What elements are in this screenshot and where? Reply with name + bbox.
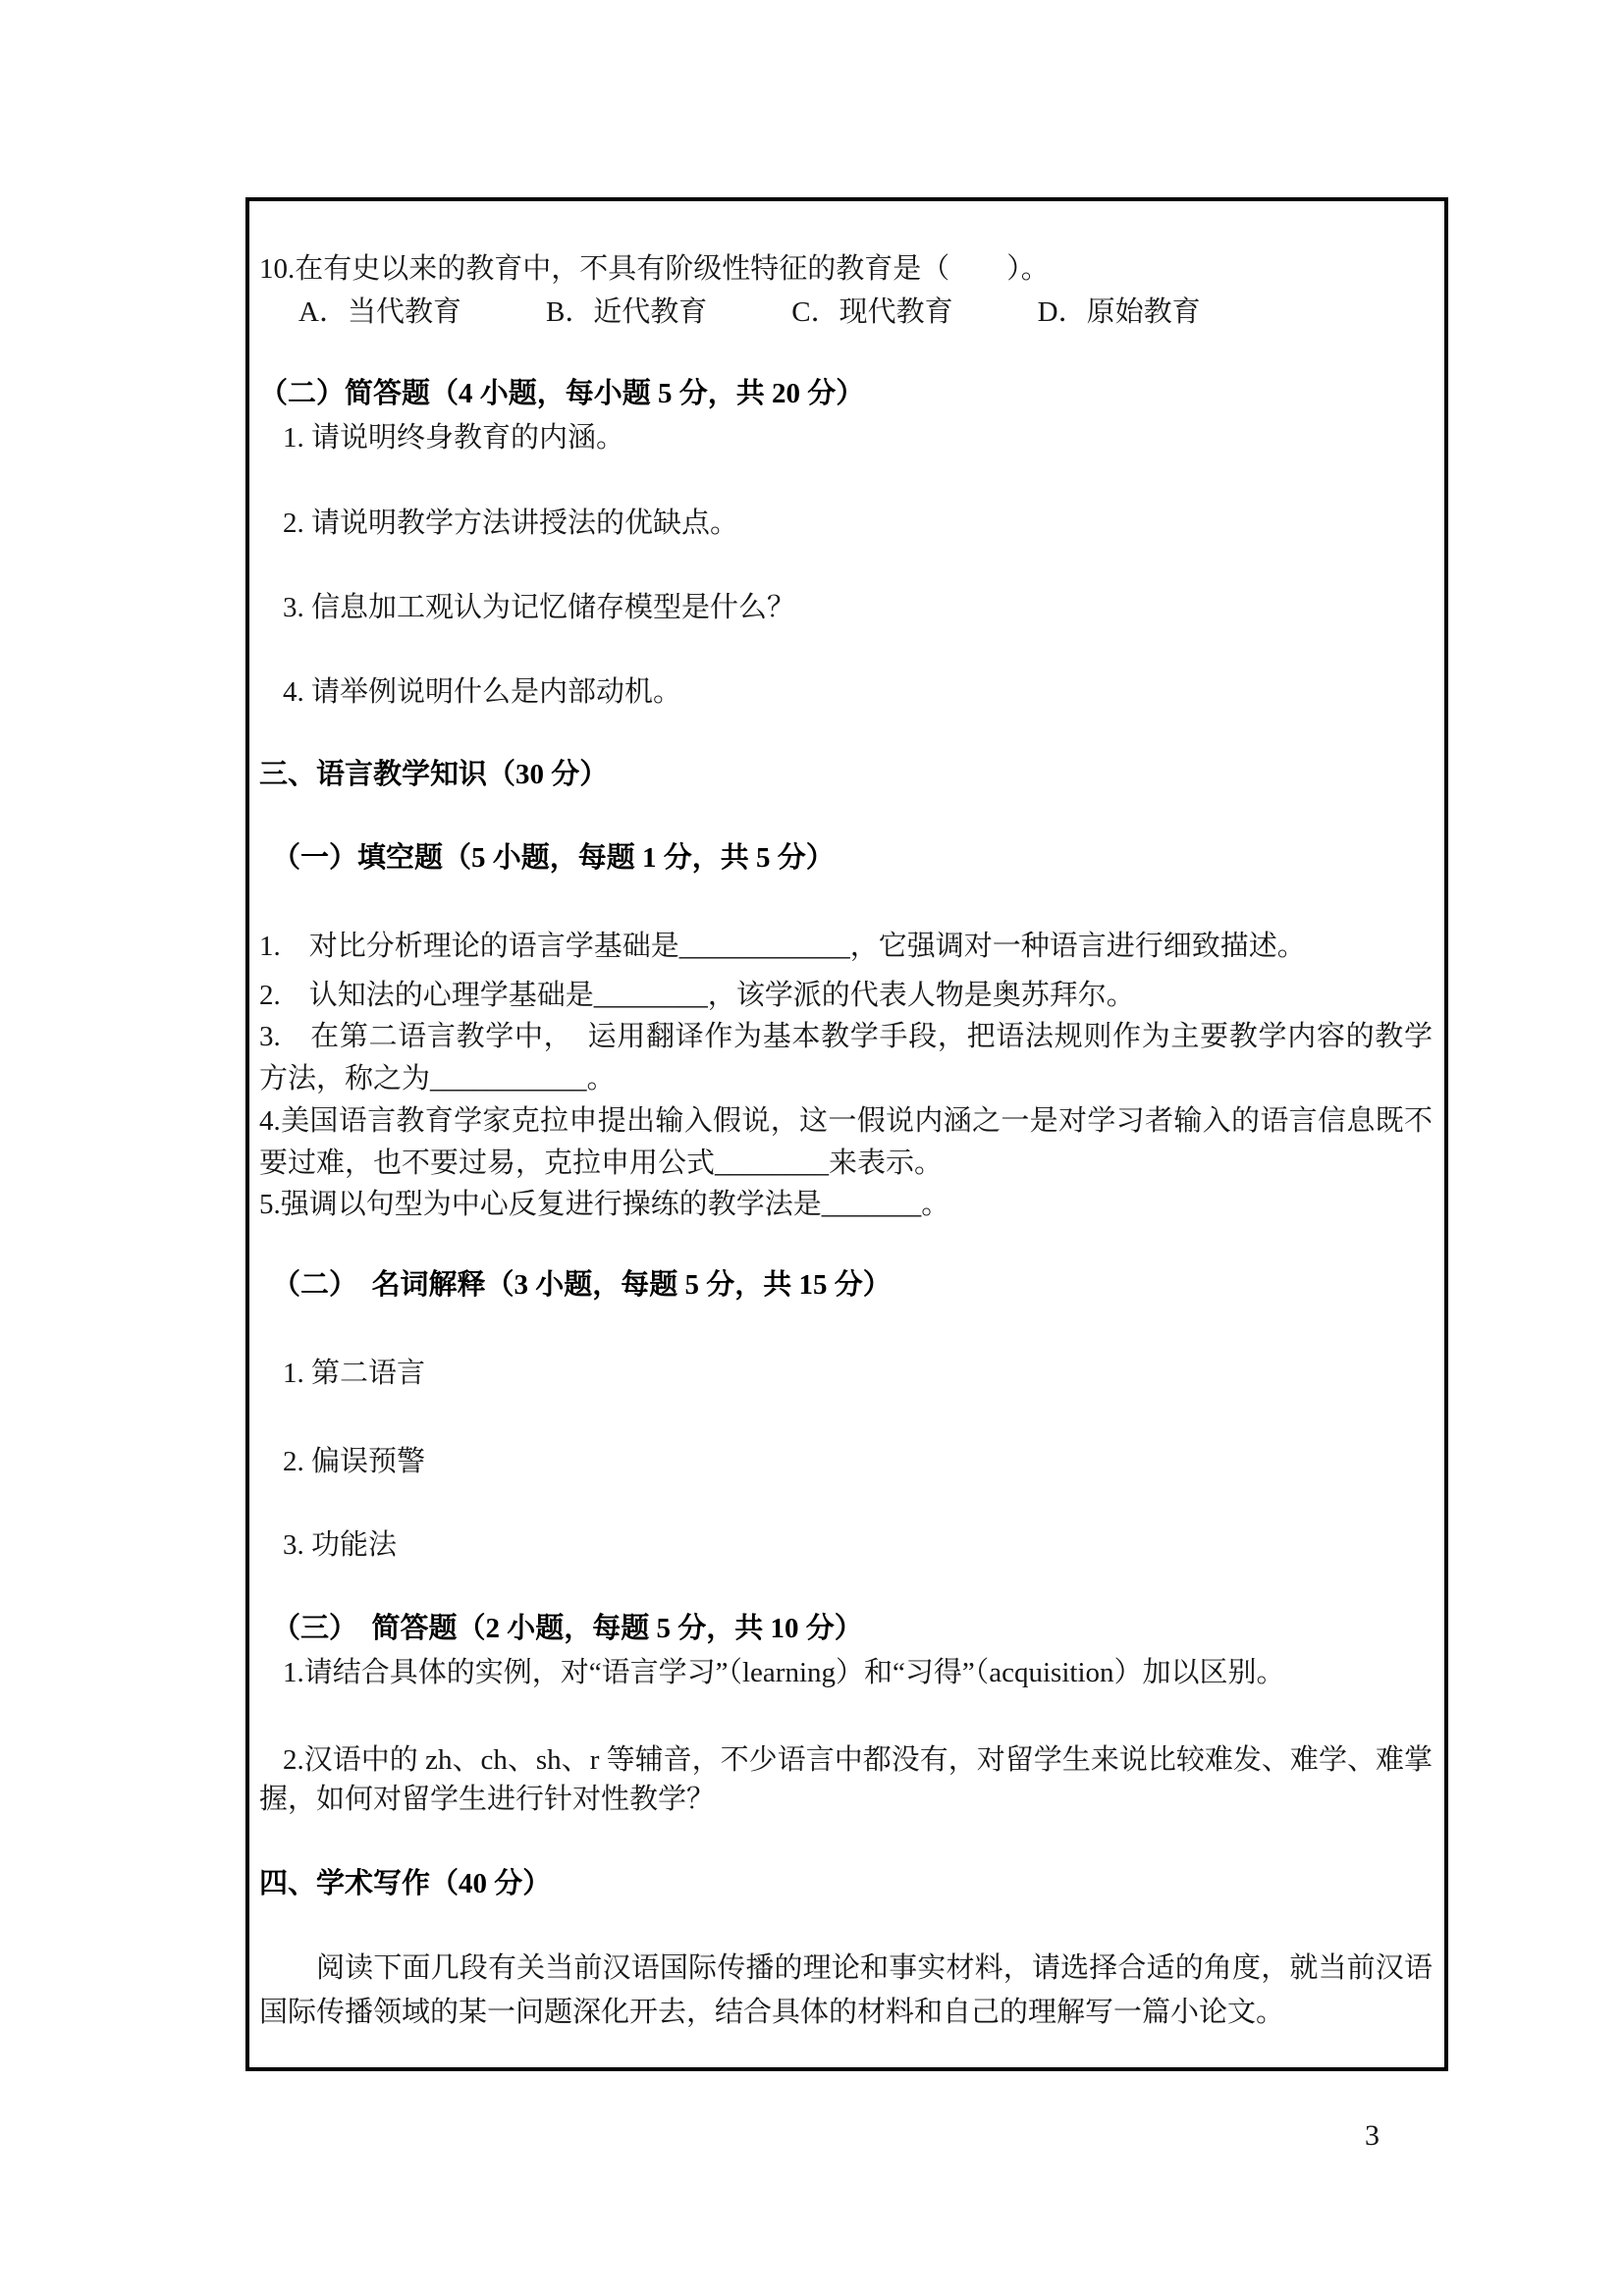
option-b: B．近代教育	[546, 292, 707, 334]
fill-in-item-1: 1. 对比分析理论的语言学基础是____________，它强调对一种语言进行细…	[259, 926, 1433, 968]
term-item-3: 3. 功能法	[259, 1524, 1433, 1567]
option-a: A．当代教育	[298, 292, 461, 334]
heading-terms: （二） 名词解释（3 小题，每题 5 分，共 15 分）	[259, 1264, 1433, 1307]
heading-lang-teaching: 三、语言教学知识（30 分）	[259, 754, 1433, 796]
fill-in-item-5: 5.强调以句型为中心反复进行操练的教学法是_______。	[259, 1184, 1433, 1226]
lang-short-answer-item-1: 1.请结合具体的实例，对“语言学习”（learning）和“习得”（acquis…	[259, 1652, 1433, 1694]
edu-short-answer-item-4: 4. 请举例说明什么是内部动机。	[259, 671, 1433, 714]
heading-academic-writing: 四、学术写作（40 分）	[259, 1863, 1433, 1905]
question-10: 10.在有史以来的教育中，不具有阶级性特征的教育是（ ）。	[259, 248, 1433, 291]
heading-lang-short-answer: （三） 简答题（2 小题，每题 5 分，共 10 分）	[259, 1608, 1433, 1650]
fill-in-item-2: 2. 认知法的心理学基础是________，该学派的代表人物是奥苏拜尔。	[259, 975, 1433, 1017]
term-item-2: 2. 偏误预警	[259, 1441, 1433, 1483]
fill-in-item-3: 3. 在第二语言教学中， 运用翻译作为基本教学手段，把语法规则作为主要教学内容的…	[259, 1016, 1433, 1100]
edu-short-answer-item-1: 1. 请说明终身教育的内涵。	[259, 417, 1433, 459]
option-c: C．现代教育	[791, 292, 952, 334]
heading-edu-short-answer: （二）简答题（4 小题，每小题 5 分，共 20 分）	[259, 373, 1433, 415]
question-10-options: A．当代教育 B．近代教育 C．现代教育 D．原始教育	[298, 292, 1437, 334]
exam-page: 10.在有史以来的教育中，不具有阶级性特征的教育是（ ）。 A．当代教育 B．近…	[0, 0, 1624, 2296]
option-d: D．原始教育	[1038, 292, 1201, 334]
page-border: 10.在有史以来的教育中，不具有阶级性特征的教育是（ ）。 A．当代教育 B．近…	[245, 197, 1448, 2071]
academic-writing-paragraph: 阅读下面几段有关当前汉语国际传播的理论和事实材料，请选择合适的角度，就当前汉语国…	[259, 1947, 1433, 2035]
lang-short-answer-item-2: 2.汉语中的 zh、ch、sh、r 等辅音，不少语言中都没有，对留学生来说比较难…	[259, 1740, 1433, 1819]
edu-short-answer-item-3: 3. 信息加工观认为记忆储存模型是什么？	[259, 587, 1433, 629]
edu-short-answer-item-2: 2. 请说明教学方法讲授法的优缺点。	[259, 503, 1433, 545]
heading-fill-in: （一）填空题（5 小题，每题 1 分，共 5 分）	[259, 837, 1433, 880]
fill-in-item-4: 4.美国语言教育学家克拉申提出输入假说，这一假说内涵之一是对学习者输入的语言信息…	[259, 1100, 1433, 1185]
page-number: 3	[1365, 2118, 1380, 2154]
term-item-1: 1. 第二语言	[259, 1353, 1433, 1395]
